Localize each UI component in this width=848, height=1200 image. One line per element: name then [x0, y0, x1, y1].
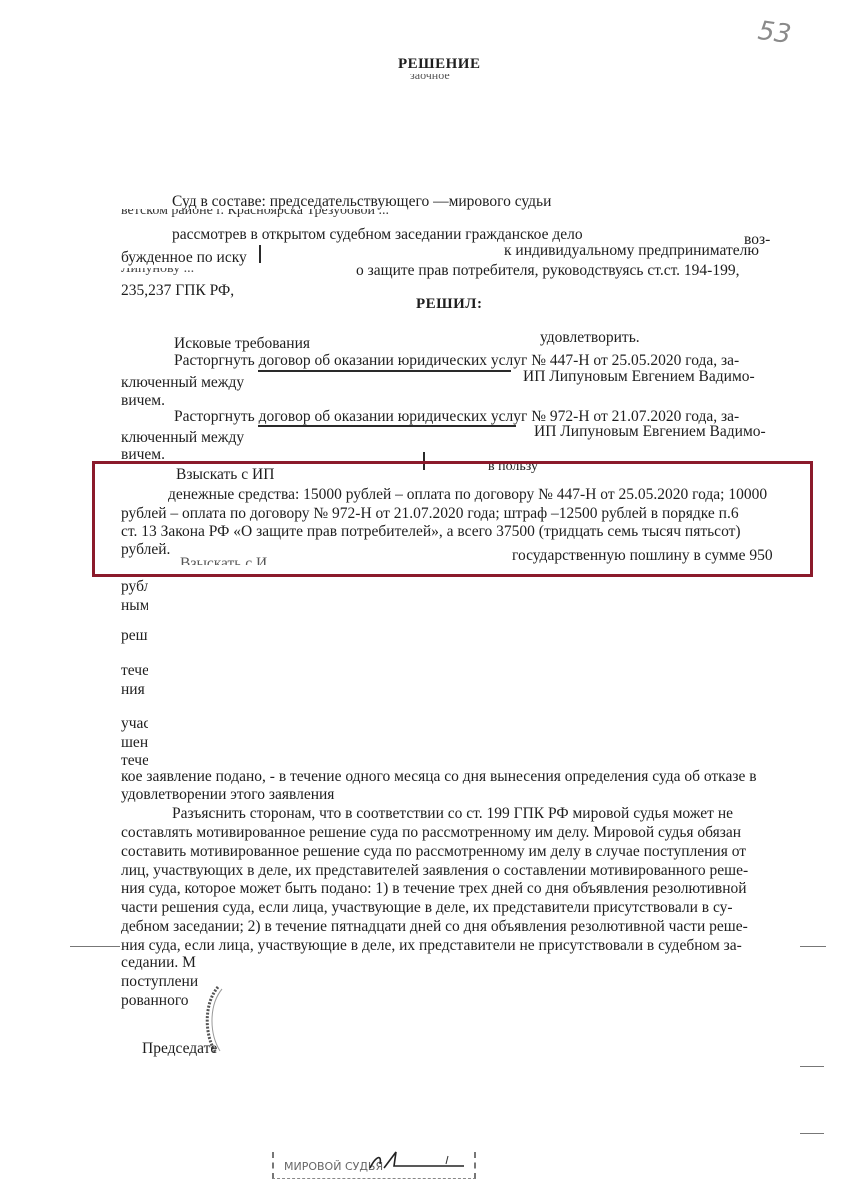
closing-truncated-line: рованного	[121, 992, 189, 1010]
highlight-frame	[92, 461, 813, 577]
signature-label-cut: Председате	[142, 1040, 217, 1058]
intro-line-4-right: к индивидуальному предпринимателю	[504, 242, 759, 260]
redaction-edge-mark	[259, 245, 261, 263]
explanation-line-5: ния суда, которое может быть подано: 1) …	[121, 880, 747, 898]
terminate-2-line-b-right: ИП Липуновым Евгением Вадимо-	[534, 423, 766, 441]
scan-edge-line	[800, 1066, 824, 1067]
terminate-2-line-b-left: ключенный между	[121, 429, 244, 447]
handwritten-page-number: 53	[756, 16, 793, 50]
appeal-tail-line-1: кое заявление подано, - в течение одного…	[121, 768, 811, 786]
closing-truncated-line: седании. М	[121, 954, 196, 972]
explanation-line-8: ния суда, если лица, участвующие в деле,…	[121, 937, 742, 955]
closing-truncated-line: поступлени	[121, 973, 198, 991]
pen-underline-1	[258, 370, 511, 372]
decision-heading: РЕШИЛ:	[416, 296, 482, 313]
intro-line-2-cut: ветском районе г. Красноярска Трезубовой…	[121, 209, 389, 218]
claims-right: удовлетворить.	[540, 329, 640, 347]
terminate-1-line-b-right: ИП Липуновым Евгением Вадимо-	[523, 368, 755, 386]
terminate-1-line-b-left: ключенный между	[121, 374, 244, 392]
intro-line-6: 235,237 ГПК РФ,	[121, 282, 234, 300]
terminate-1-line-c: вичем.	[121, 392, 165, 410]
redaction-block	[148, 578, 848, 768]
appeal-tail-line-2: удовлетворении этого заявления	[121, 786, 334, 804]
explanation-line-6: части решения суда, если лица, участвующ…	[121, 899, 733, 917]
scan-edge-line	[70, 946, 120, 947]
explanation-line-2: составлять мотивированное решение суда п…	[121, 824, 741, 842]
signature-icon	[368, 1150, 468, 1174]
explanation-line-7: дебном заседании; 2) в течение пятнадцат…	[121, 918, 748, 936]
intro-line-5-right: о защите прав потребителя, руководствуяс…	[356, 262, 739, 280]
intro-line-5-cut: Липунову ...	[121, 268, 194, 276]
document-subtitle-cut: заочное	[410, 74, 450, 80]
scan-edge-line	[800, 1133, 824, 1134]
intro-line-4-left: бужденное по иску	[121, 249, 247, 267]
explanation-line-4: лиц, участвующих в деле, их представител…	[121, 862, 748, 880]
pen-underline-2	[258, 425, 516, 427]
scan-edge-line	[800, 946, 826, 947]
explanation-line-1: Разъяснить сторонам, что в соответствии …	[172, 805, 733, 823]
explanation-line-3: составить мотивированное решение суда по…	[121, 843, 746, 861]
document-title: РЕШЕНИЕ	[398, 56, 480, 73]
claims-left: Исковые требования	[174, 335, 310, 353]
